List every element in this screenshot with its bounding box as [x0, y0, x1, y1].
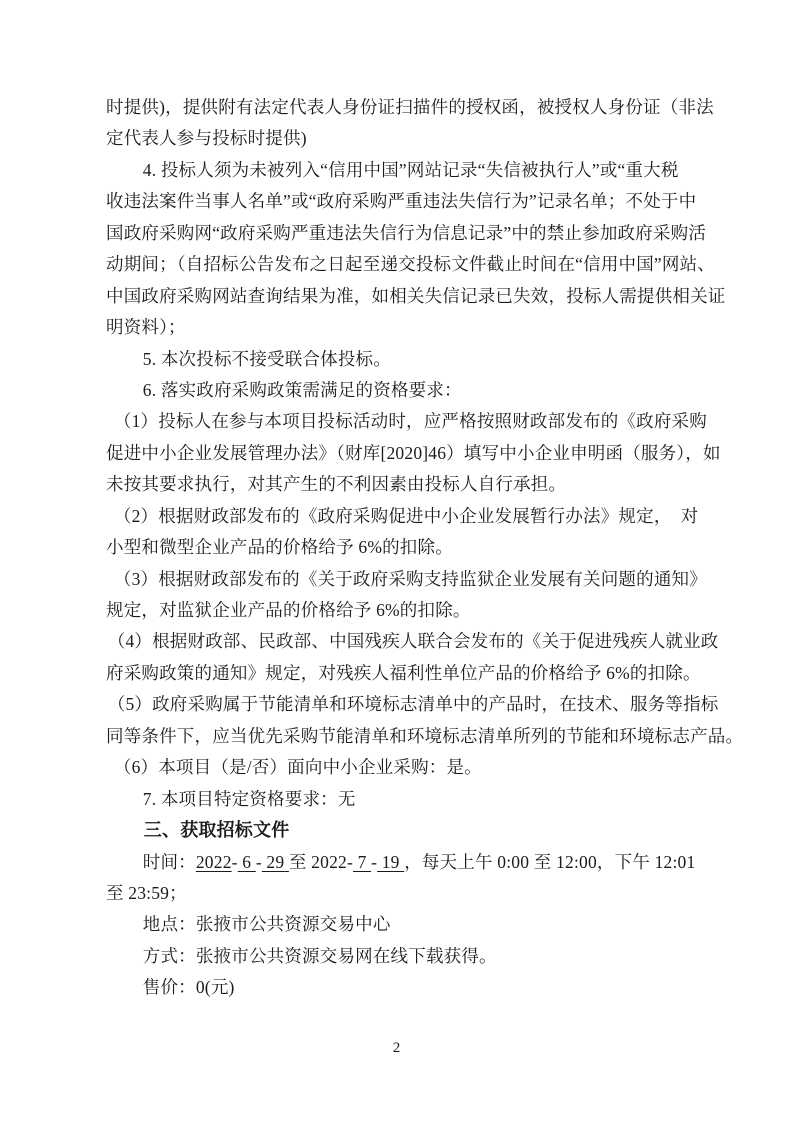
text-segment: 至 2022-	[289, 852, 353, 872]
text-line: 至 23:59；	[106, 878, 698, 909]
document-content: 时提供)，提供附有法定代表人身份证扫描件的授权函，被授权人身份证（非法定代表人参…	[106, 92, 698, 1004]
text-line: （1）投标人在参与本项目投标活动时，应严格按照财政部发布的《政府采购	[106, 406, 698, 437]
text-line: 售价：0(元)	[106, 972, 698, 1003]
text-line: 国政府采购网“政府采购严重违法失信行为信息记录”中的禁止参加政府采购活	[106, 218, 698, 249]
text-line: 7. 本项目特定资格要求：无	[106, 784, 698, 815]
text-line: 地点：张掖市公共资源交易中心	[106, 909, 698, 940]
page-number: 2	[0, 1038, 793, 1058]
text-segment: 时间：	[143, 852, 196, 872]
text-line: （5）政府采购属于节能清单和环境标志清单中的产品时，在技术、服务等指标	[106, 689, 698, 720]
text-line: 方式：张掖市公共资源交易网在线下载获得。	[106, 941, 698, 972]
date-blank-underlined: 7	[353, 852, 371, 872]
text-line: （6）本项目（是/否）面向中小企业采购：是。	[106, 752, 698, 783]
document-page: 时提供)，提供附有法定代表人身份证扫描件的授权函，被授权人身份证（非法定代表人参…	[0, 0, 793, 1122]
text-line: 定代表人参与投标时提供)	[106, 123, 698, 154]
date-blank-underlined: 2022	[196, 852, 232, 872]
text-line: 中国政府采购网站查询结果为准，如相关失信记录已失效，投标人需提供相关证	[106, 281, 698, 312]
text-line: 促进中小企业发展管理办法》（财库[2020]46）填写中小企业申明函（服务），如	[106, 438, 698, 469]
text-line: （3）根据财政部发布的《关于政府采购支持监狱企业发展有关问题的通知》	[106, 564, 698, 595]
text-line: 小型和微型企业产品的价格给予 6%的扣除。	[106, 532, 698, 563]
text-line: （2）根据财政部发布的《政府采购促进中小企业发展暂行办法》规定， 对	[106, 501, 698, 532]
text-line: 府采购政策的通知》规定，对残疾人福利性单位产品的价格给予 6%的扣除。	[106, 658, 698, 689]
text-line: 时间：2022- 6 - 29 至 2022- 7 - 19 ，每天上午 0:0…	[106, 847, 698, 878]
text-line: 动期间；（自招标公告发布之日起至递交投标文件截止时间在“信用中国”网站、	[106, 249, 698, 280]
text-line: 收违法案件当事人名单”或“政府采购严重违法失信行为”记录名单；不处于中	[106, 186, 698, 217]
text-line: 时提供)，提供附有法定代表人身份证扫描件的授权函，被授权人身份证（非法	[106, 92, 698, 123]
date-blank-underlined: 6	[238, 852, 256, 872]
text-line: 6. 落实政府采购政策需满足的资格要求：	[106, 375, 698, 406]
text-line: 规定，对监狱企业产品的价格给予 6%的扣除。	[106, 595, 698, 626]
text-line: 4. 投标人须为未被列入“信用中国”网站记录“失信被执行人”或“重大税	[106, 155, 698, 186]
text-segment: ，每天上午 0:00 至 12:00，下午 12:01	[404, 852, 695, 872]
text-line: 明资料）；	[106, 312, 698, 343]
text-line: （4）根据财政部、民政部、中国残疾人联合会发布的《关于促进残疾人就业政	[106, 626, 698, 657]
date-blank-underlined: 29	[262, 852, 289, 872]
section-heading: 三、获取招标文件	[106, 815, 698, 846]
text-line: 同等条件下，应当优先采购节能清单和环境标志清单所列的节能和环境标志产品。	[106, 721, 698, 752]
text-line: 未按其要求执行，对其产生的不利因素由投标人自行承担。	[106, 469, 698, 500]
text-line: 5. 本次投标不接受联合体投标。	[106, 344, 698, 375]
date-blank-underlined: 19	[377, 852, 404, 872]
